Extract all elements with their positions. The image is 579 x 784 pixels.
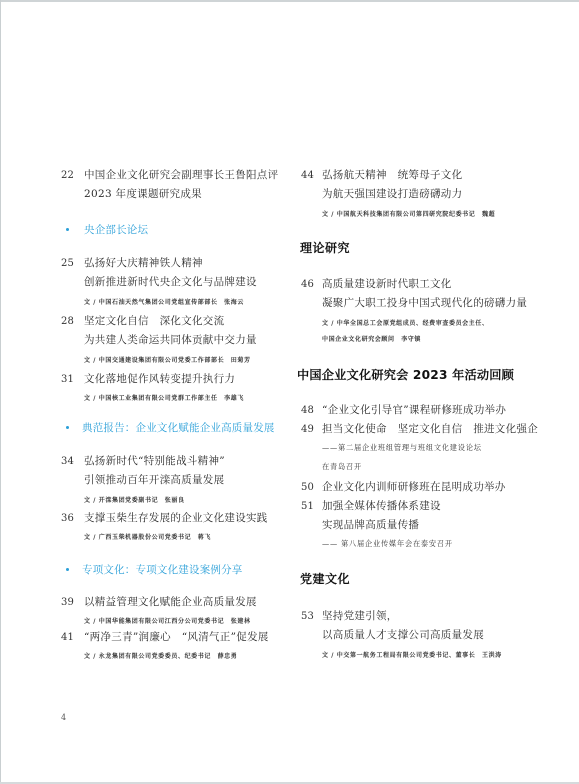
article-title-line: 2023 年度课题研究成果 (84, 185, 202, 204)
article-title-line: 实现品牌高质量传播 (322, 516, 419, 535)
page-ref: 31 (61, 374, 74, 385)
article-title-line: 弘扬航天精神 统筹母子文化 (322, 166, 462, 185)
page-number: 4 (61, 713, 66, 722)
article-byline: 文 / 中国交通建设集团有限公司党委工作部部长 田菊芳 (84, 355, 251, 364)
page-ref: 25 (61, 258, 74, 269)
page-ref: 44 (301, 170, 314, 181)
bullet-icon (66, 426, 69, 429)
article-subtitle: —— 第八届企业传媒年会在泰安召开 (322, 539, 453, 549)
article-title-line: 加强全媒体传播体系建设 (322, 497, 441, 516)
article-title-line: 坚定文化自信 深化文化交流 (84, 312, 224, 331)
section-heading-theory-research: 理论研究 (300, 239, 350, 256)
article-subtitle: 在青岛召开 (322, 462, 362, 472)
page-ref: 36 (61, 513, 74, 524)
article-byline: 文 / 广西玉柴机器股份公司党委书记 蒋飞 (84, 532, 211, 541)
article-title-line: 高质量建设新时代职工文化 (322, 275, 452, 294)
bullet-icon (66, 568, 69, 571)
article-title-line: 担当文化使命 坚定文化自信 推进文化强企 (322, 420, 538, 439)
article-title-line: 弘扬好大庆精神铁人精神 (84, 254, 203, 273)
page-ref: 53 (301, 611, 314, 622)
page-ref: 39 (61, 597, 74, 608)
section-heading-central-soe-forum: 央企部长论坛 (84, 222, 148, 237)
article-title-line: 中国企业文化研究会副理事长王鲁阳点评 (84, 166, 278, 185)
article-subtitle: ——第二届企业班组管理与班组文化建设论坛 (322, 443, 482, 453)
page-border-left (0, 0, 1, 784)
section-heading-special-culture: 专项文化：专项文化建设案例分享 (82, 562, 243, 577)
article-byline: 文 / 中国航天科技集团有限公司第四研究院纪委书记 魏超 (322, 209, 495, 218)
page-ref: 41 (61, 632, 74, 643)
article-title-line: 支撑玉柴生存发展的企业文化建设实践 (84, 509, 268, 528)
page-ref: 49 (301, 424, 314, 435)
article-byline: 文 / 中华全国总工会原党组成员、经费审查委员会主任、 (322, 318, 489, 327)
page-ref: 28 (61, 316, 74, 327)
page-border-top (0, 0, 579, 2)
article-title-line: 引领推动百年开滦高质量发展 (84, 471, 224, 490)
page-ref: 22 (61, 170, 74, 181)
article-title-line: 凝聚广大职工投身中国式现代化的磅礴力量 (322, 294, 527, 313)
section-heading-party-building: 党建文化 (300, 570, 350, 587)
article-byline: 文 / 中交第一航务工程局有限公司党委书记、董事长 王洪涛 (322, 650, 502, 659)
article-byline: 文 / 中国石油天然气集团公司党组宣传部部长 张海云 (84, 297, 244, 306)
page-ref: 51 (301, 501, 314, 512)
article-byline: 文 / 中国华能集团有限公司江西分公司党委书记 张建林 (84, 616, 251, 625)
article-title-line: 以精益管理文化赋能企业高质量发展 (84, 593, 257, 612)
article-title-line: “企业文化引导官”课程研修班成功举办 (322, 401, 506, 420)
section-heading-exemplary-reports: 典范报告：企业文化赋能企业高质量发展 (82, 420, 275, 435)
article-title-line: “两净三青”润廉心 “风清气正”促发展 (84, 628, 269, 647)
article-title-line: 坚持党建引领， (322, 607, 398, 626)
article-title-line: 创新推进新时代央企文化与品牌建设 (84, 273, 257, 292)
page-ref: 48 (301, 405, 314, 416)
article-byline: 文 / 永龙集团有限公司党委委员、纪委书记 薛忠勇 (84, 651, 237, 660)
page-ref: 50 (301, 482, 314, 493)
article-byline: 文 / 开滦集团党委副书记 张丽良 (84, 495, 185, 504)
article-title-line: 弘扬新时代“特别能战斗精神” (84, 452, 225, 471)
page-ref: 46 (301, 279, 314, 290)
article-title-line: 为共建人类命运共同体贡献中交力量 (84, 331, 257, 350)
article-title-line: 企业文化内训师研修班在昆明成功举办 (322, 478, 506, 497)
article-byline: 中国企业文化研究会顾问 李守镇 (322, 334, 421, 343)
article-byline: 文 / 中国核工业集团有限公司党群工作部主任 李雄飞 (84, 393, 244, 402)
bullet-icon (66, 228, 69, 231)
article-title-line: 为航天强国建设打造磅礴动力 (322, 185, 462, 204)
section-heading-activities-review: 中国企业文化研究会 2023 年活动回顾 (297, 366, 514, 383)
article-title-line: 文化落地促作风转变提升执行力 (84, 370, 235, 389)
page-ref: 34 (61, 456, 74, 467)
article-title-line: 以高质量人才支撑公司高质量发展 (322, 626, 484, 645)
